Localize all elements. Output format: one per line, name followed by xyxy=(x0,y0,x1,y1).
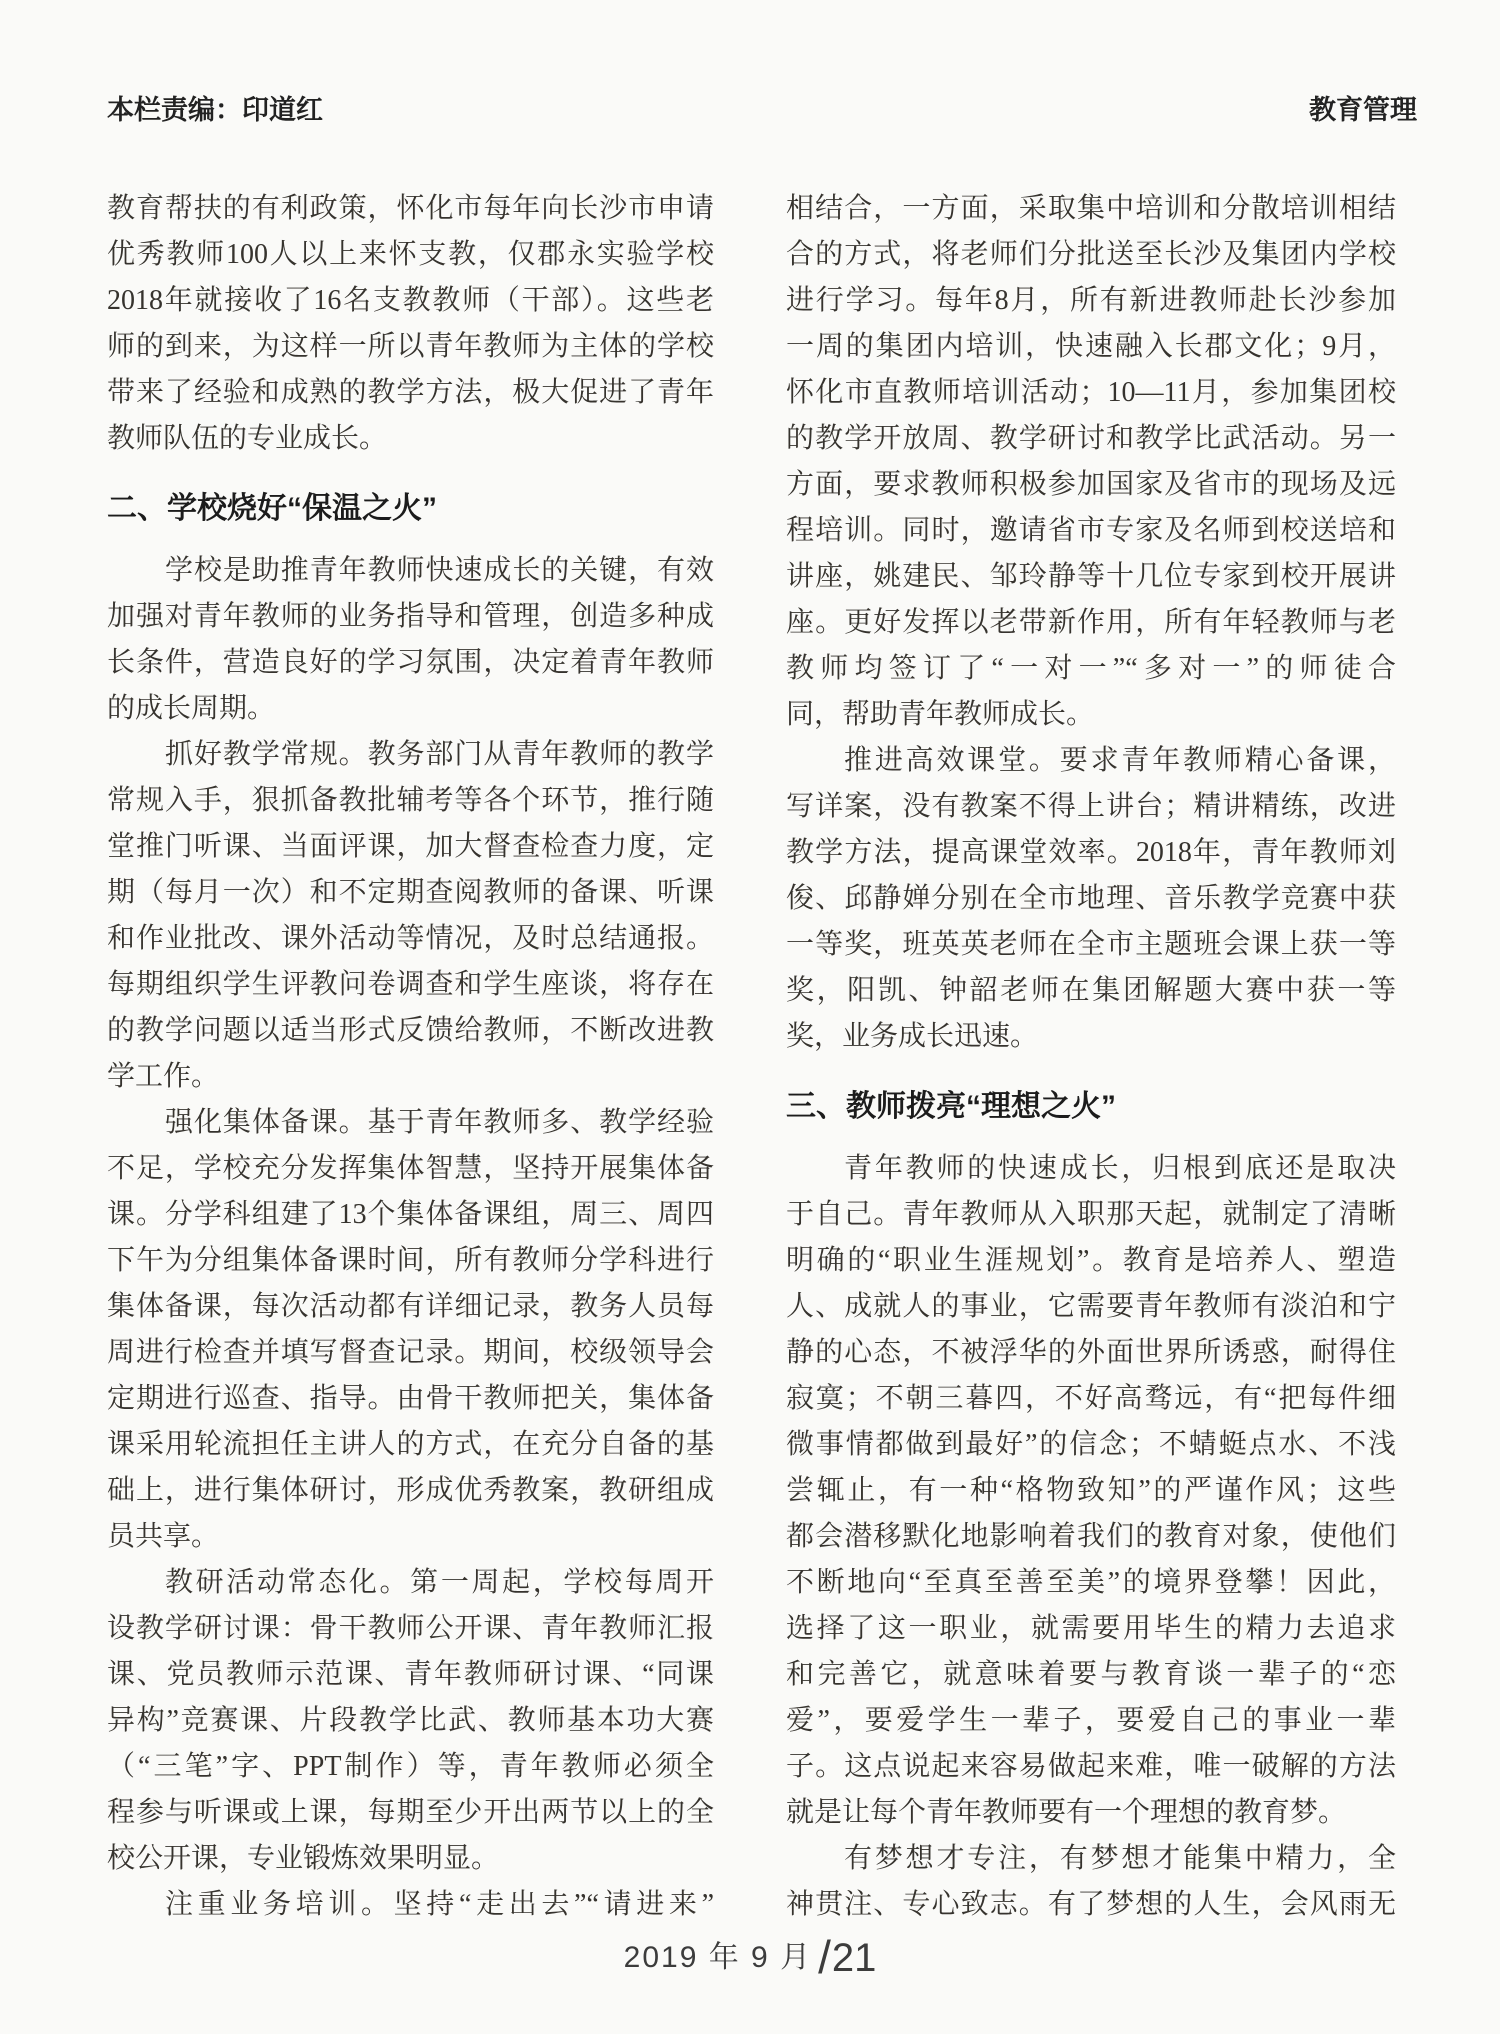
text-line: 定期进行巡查、指导。由骨干教师把关，集体备 xyxy=(107,1376,714,1422)
text-line: 就是让每个青年教师要有一个理想的教育梦。 xyxy=(786,1790,1396,1836)
paragraph: 注重业务培训。坚持“走出去”“请进来” xyxy=(107,1882,714,1928)
text-line: 和作业批改、课外活动等情况，及时总结通报。 xyxy=(107,916,714,962)
text-line: 每期组织学生评教问卷调查和学生座谈，将存在 xyxy=(107,962,714,1008)
text-line: 静的心态，不被浮华的外面世界所诱惑，耐得住 xyxy=(786,1330,1396,1376)
paragraph: 强化集体备课。基于青年教师多、教学经验不足，学校充分发挥集体智慧，坚持开展集体备… xyxy=(107,1100,714,1560)
text-line: 奖，业务成长迅速。 xyxy=(786,1014,1396,1060)
paragraph: 学校是助推青年教师快速成长的关键，有效加强对青年教师的业务指导和管理，创造多种成… xyxy=(107,548,714,732)
text-line: 教育帮扶的有利政策，怀化市每年向长沙市申请 xyxy=(107,186,714,232)
section-heading: 三、教师拨亮“理想之火” xyxy=(786,1084,1396,1130)
paragraph: 推进高效课堂。要求青年教师精心备课，写详案，没有教案不得上讲台；精讲精练，改进教… xyxy=(786,738,1396,1060)
text-line: 一周的集团内培训，快速融入长郡文化；9月， xyxy=(786,324,1396,370)
text-line: 不足，学校充分发挥集体智慧，坚持开展集体备 xyxy=(107,1146,714,1192)
text-line: 程培训。同时，邀请省市专家及名师到校送培和 xyxy=(786,508,1396,554)
column-editor-label: 本栏责编：印道红 xyxy=(107,88,323,127)
section-name-label: 教育管理 xyxy=(1309,88,1417,127)
text-line: 座。更好发挥以老带新作用，所有年轻教师与老 xyxy=(786,600,1396,646)
text-line: 师的到来，为这样一所以青年教师为主体的学校 xyxy=(107,324,714,370)
text-line: 课采用轮流担任主讲人的方式，在充分自备的基 xyxy=(107,1422,714,1468)
text-line: 下午为分组集体备课时间，所有教师分学科进行 xyxy=(107,1238,714,1284)
text-line: 设教学研讨课：骨干教师公开课、青年教师汇报 xyxy=(107,1606,714,1652)
text-line: 带来了经验和成熟的教学方法，极大促进了青年 xyxy=(107,370,714,416)
paragraph: 教育帮扶的有利政策，怀化市每年向长沙市申请优秀教师100人以上来怀支教，仅郡永实… xyxy=(107,186,714,462)
text-line: 讲座，姚建民、邹玲静等十几位专家到校开展讲 xyxy=(786,554,1396,600)
text-line: 程参与听课或上课，每期至少开出两节以上的全 xyxy=(107,1790,714,1836)
text-line: 的成长周期。 xyxy=(107,686,714,732)
text-line: 合的方式，将老师们分批送至长沙及集团内学校 xyxy=(786,232,1396,278)
text-line: 爱”，要爱学生一辈子，要爱自己的事业一辈 xyxy=(786,1698,1396,1744)
text-line: 写详案，没有教案不得上讲台；精讲精练，改进 xyxy=(786,784,1396,830)
text-line: 青年教师的快速成长，归根到底还是取决 xyxy=(786,1146,1396,1192)
text-line: 的教学开放周、教学研讨和教学比武活动。另一 xyxy=(786,416,1396,462)
text-line: 一等奖，班英英老师在全市主题班会课上获一等 xyxy=(786,922,1396,968)
text-line: 加强对青年教师的业务指导和管理，创造多种成 xyxy=(107,594,714,640)
text-line: 教师均签订了“一对一”“多对一”的师徒合 xyxy=(786,646,1396,692)
text-line: 俊、邱静婵分别在全市地理、音乐教学竞赛中获 xyxy=(786,876,1396,922)
text-line: 期（每月一次）和不定期查阅教师的备课、听课 xyxy=(107,870,714,916)
text-line: 的教学问题以适当形式反馈给教师，不断改进教 xyxy=(107,1008,714,1054)
text-line: 学校是助推青年教师快速成长的关键，有效 xyxy=(107,548,714,594)
footer-slash: / xyxy=(818,1931,831,1983)
text-line: 都会潜移默化地影响着我们的教育对象，使他们 xyxy=(786,1514,1396,1560)
text-line: 校公开课，专业锻炼效果明显。 xyxy=(107,1836,714,1882)
text-line: 常规入手，狠抓备教批辅考等各个环节，推行随 xyxy=(107,778,714,824)
text-line: 教师队伍的专业成长。 xyxy=(107,416,714,462)
magazine-page: 本栏责编：印道红 教育管理 教育帮扶的有利政策，怀化市每年向长沙市申请优秀教师1… xyxy=(0,0,1500,2034)
article-column-left: 教育帮扶的有利政策，怀化市每年向长沙市申请优秀教师100人以上来怀支教，仅郡永实… xyxy=(107,186,714,1928)
text-line: 于自己。青年教师从入职那天起，就制定了清晰 xyxy=(786,1192,1396,1238)
text-line: 明确的“职业生涯规划”。教育是培养人、塑造 xyxy=(786,1238,1396,1284)
paragraph: 教研活动常态化。第一周起，学校每周开设教学研讨课：骨干教师公开课、青年教师汇报课… xyxy=(107,1560,714,1882)
article-column-right: 相结合，一方面，采取集中培训和分散培训相结合的方式，将老师们分批送至长沙及集团内… xyxy=(786,186,1396,1928)
text-line: 奖，阳凯、钟韶老师在集团解题大赛中获一等 xyxy=(786,968,1396,1014)
text-line: 异构”竞赛课、片段教学比武、教师基本功大赛 xyxy=(107,1698,714,1744)
text-line: 课。分学科组建了13个集体备课组，周三、周四 xyxy=(107,1192,714,1238)
paragraph: 有梦想才专注，有梦想才能集中精力，全神贯注、专心致志。有了梦想的人生，会风雨无 xyxy=(786,1836,1396,1928)
text-line: 员共享。 xyxy=(107,1514,714,1560)
text-line: 怀化市直教师培训活动；10—11月，参加集团校 xyxy=(786,370,1396,416)
text-line: 堂推门听课、当面评课，加大督查检查力度，定 xyxy=(107,824,714,870)
paragraph: 抓好教学常规。教务部门从青年教师的教学常规入手，狠抓备教批辅考等各个环节，推行随… xyxy=(107,732,714,1100)
issue-date: 2019 年 9 月 xyxy=(624,1941,812,1974)
text-line: 相结合，一方面，采取集中培训和分散培训相结 xyxy=(786,186,1396,232)
text-line: 强化集体备课。基于青年教师多、教学经验 xyxy=(107,1100,714,1146)
page-header: 本栏责编：印道红 教育管理 xyxy=(107,88,1417,127)
paragraph: 相结合，一方面，采取集中培训和分散培训相结合的方式，将老师们分批送至长沙及集团内… xyxy=(786,186,1396,738)
text-line: 长条件，营造良好的学习氛围，决定着青年教师 xyxy=(107,640,714,686)
paragraph: 青年教师的快速成长，归根到底还是取决于自己。青年教师从入职那天起，就制定了清晰明… xyxy=(786,1146,1396,1836)
text-line: 推进高效课堂。要求青年教师精心备课， xyxy=(786,738,1396,784)
text-line: 子。这点说起来容易做起来难，唯一破解的方法 xyxy=(786,1744,1396,1790)
text-line: 和完善它，就意味着要与教育谈一辈子的“恋 xyxy=(786,1652,1396,1698)
page-number: 21 xyxy=(832,1936,877,1980)
text-line: 选择了这一职业，就需要用毕生的精力去追求 xyxy=(786,1606,1396,1652)
text-line: 尝辄止，有一种“格物致知”的严谨作风；这些 xyxy=(786,1468,1396,1514)
text-line: 抓好教学常规。教务部门从青年教师的教学 xyxy=(107,732,714,778)
page-footer: 2019 年 9 月/21 xyxy=(0,1930,1500,1984)
text-line: 学工作。 xyxy=(107,1054,714,1100)
text-line: （“三笔”字、PPT制作）等，青年教师必须全 xyxy=(107,1744,714,1790)
text-line: 进行学习。每年8月，所有新进教师赴长沙参加 xyxy=(786,278,1396,324)
text-line: 注重业务培训。坚持“走出去”“请进来” xyxy=(107,1882,714,1928)
text-line: 人、成就人的事业，它需要青年教师有淡泊和宁 xyxy=(786,1284,1396,1330)
text-line: 2018年就接收了16名支教教师（干部）。这些老 xyxy=(107,278,714,324)
text-line: 方面，要求教师积极参加国家及省市的现场及远 xyxy=(786,462,1396,508)
text-line: 课、党员教师示范课、青年教师研讨课、“同课 xyxy=(107,1652,714,1698)
text-line: 微事情都做到最好”的信念；不蜻蜓点水、不浅 xyxy=(786,1422,1396,1468)
text-line: 不断地向“至真至善至美”的境界登攀！因此， xyxy=(786,1560,1396,1606)
section-heading: 二、学校烧好“保温之火” xyxy=(107,486,714,532)
text-line: 有梦想才专注，有梦想才能集中精力，全 xyxy=(786,1836,1396,1882)
text-line: 同，帮助青年教师成长。 xyxy=(786,692,1396,738)
text-line: 神贯注、专心致志。有了梦想的人生，会风雨无 xyxy=(786,1882,1396,1928)
text-line: 教研活动常态化。第一周起，学校每周开 xyxy=(107,1560,714,1606)
text-line: 寂寞；不朝三暮四，不好高骛远，有“把每件细 xyxy=(786,1376,1396,1422)
text-line: 教学方法，提高课堂效率。2018年，青年教师刘 xyxy=(786,830,1396,876)
text-line: 础上，进行集体研讨，形成优秀教案，教研组成 xyxy=(107,1468,714,1514)
text-line: 周进行检查并填写督查记录。期间，校级领导会 xyxy=(107,1330,714,1376)
text-line: 优秀教师100人以上来怀支教，仅郡永实验学校 xyxy=(107,232,714,278)
text-line: 集体备课，每次活动都有详细记录，教务人员每 xyxy=(107,1284,714,1330)
